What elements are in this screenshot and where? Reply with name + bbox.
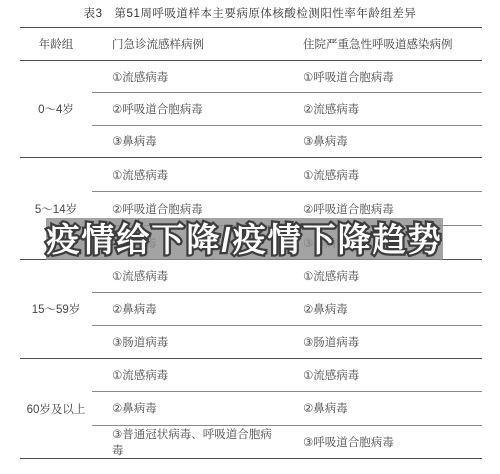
pathogen-row: ①流感病毒 ①流感病毒 xyxy=(92,260,482,293)
sari-pathogen: ①流感病毒 xyxy=(283,167,482,183)
sari-pathogen: ①流感病毒 xyxy=(283,268,482,284)
column-header-ili: 门急诊流感样病例 xyxy=(92,36,283,52)
ili-pathogen: ②鼻病毒 xyxy=(92,301,283,317)
sari-pathogen: ②呼吸道合胞病毒 xyxy=(283,201,482,217)
column-header-age-group: 年龄组 xyxy=(20,36,92,52)
ili-pathogen: ①流感病毒 xyxy=(92,268,283,284)
pathogen-row: ①流感病毒 ①流感病毒 xyxy=(92,359,482,392)
table-header-row: 年龄组 门急诊流感样病例 住院严重急性呼吸道感染病例 xyxy=(20,27,482,61)
pathogen-row: ③鼻病毒 ③鼻病毒 xyxy=(92,126,482,157)
sari-pathogen: ③肠道病毒 xyxy=(283,334,482,350)
watermark-banner: 疫情给下降/疫情下降趋势 疫情给下降/疫情下降趋势 xyxy=(46,218,443,260)
sari-pathogen: ③鼻病毒 xyxy=(283,133,482,149)
watermark-text-fill: 疫情给下降/疫情下降趋势 xyxy=(46,221,442,258)
ili-pathogen: ③鼻病毒 xyxy=(92,133,283,149)
pathogen-row: ①流感病毒 ①呼吸道合胞病毒 xyxy=(92,61,482,93)
sari-pathogen: ③呼吸道合胞病毒 xyxy=(283,434,482,450)
pathogen-row: ②鼻病毒 ②鼻病毒 xyxy=(92,293,482,326)
ili-pathogen: ②呼吸道合胞病毒 xyxy=(92,101,283,117)
sari-pathogen: ①呼吸道合胞病毒 xyxy=(283,69,482,85)
ili-pathogen: ③普通冠状病毒、呼吸道合胞病毒 xyxy=(92,426,283,458)
sari-pathogen: ②鼻病毒 xyxy=(283,400,482,416)
pathogen-row: ①流感病毒 ①流感病毒 xyxy=(92,158,482,192)
age-block-60-plus: 60岁及以上 ①流感病毒 ①流感病毒 ②鼻病毒 ②鼻病毒 ③普通冠状病毒、呼吸道… xyxy=(20,359,482,459)
age-group-label: 0～4岁 xyxy=(20,61,92,157)
watermark-text: 疫情给下降/疫情下降趋势 疫情给下降/疫情下降趋势 xyxy=(46,223,442,256)
ili-pathogen: ②呼吸道合胞病毒 xyxy=(92,201,283,217)
sari-pathogen: ②鼻病毒 xyxy=(283,301,482,317)
ili-pathogen: ①流感病毒 xyxy=(92,167,283,183)
ili-pathogen: ②鼻病毒 xyxy=(92,400,283,416)
sari-pathogen: ①流感病毒 xyxy=(283,367,482,383)
age-group-label: 60岁及以上 xyxy=(20,359,92,458)
ili-pathogen: ③肠道病毒 xyxy=(92,334,283,350)
sari-pathogen: ②流感病毒 xyxy=(283,101,482,117)
pathogen-row: ③普通冠状病毒、呼吸道合胞病毒 ③呼吸道合胞病毒 xyxy=(92,426,482,458)
age-block-0-4: 0～4岁 ①流感病毒 ①呼吸道合胞病毒 ②呼吸道合胞病毒 ②流感病毒 ③鼻病毒 … xyxy=(20,61,482,158)
document-page: 表3 第51周呼吸道样本主要病原体核酸检测阳性率年龄组差异 年龄组 门急诊流感样… xyxy=(0,0,500,474)
pathogen-row: ②鼻病毒 ②鼻病毒 xyxy=(92,392,482,425)
table-title: 表3 第51周呼吸道样本主要病原体核酸检测阳性率年龄组差异 xyxy=(0,0,500,27)
pathogen-row: ③肠道病毒 ③肠道病毒 xyxy=(92,326,482,358)
pathogen-row: ②呼吸道合胞病毒 ②流感病毒 xyxy=(92,93,482,125)
age-block-15-59: 15～59岁 ①流感病毒 ①流感病毒 ②鼻病毒 ②鼻病毒 ③肠道病毒 ③肠道病毒 xyxy=(20,260,482,359)
ili-pathogen: ①流感病毒 xyxy=(92,69,283,85)
column-header-sari: 住院严重急性呼吸道感染病例 xyxy=(283,36,482,52)
ili-pathogen: ①流感病毒 xyxy=(92,367,283,383)
age-group-label: 15～59岁 xyxy=(20,260,92,358)
